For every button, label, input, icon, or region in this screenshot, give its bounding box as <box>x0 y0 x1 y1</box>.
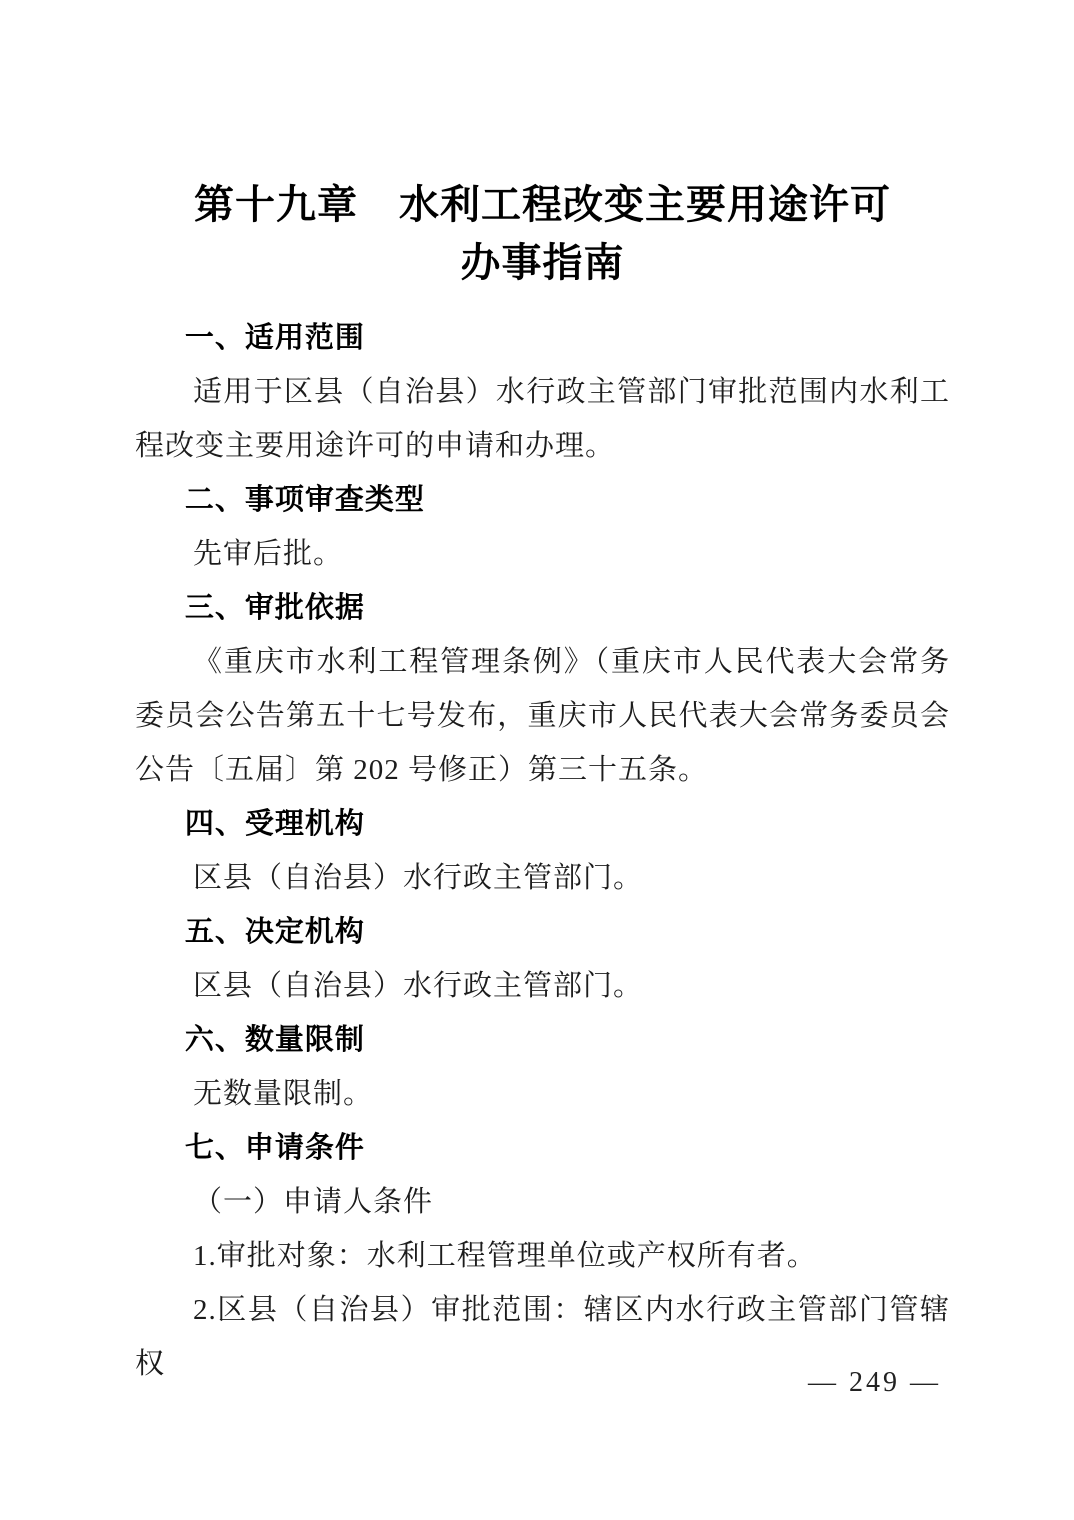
section-approval-basis: 三、审批依据 《重庆市水利工程管理条例》（重庆市人民代表大会常务委员会公告第五十… <box>135 581 950 797</box>
section-heading-7: 七、申请条件 <box>135 1121 950 1175</box>
paragraph: 无数量限制。 <box>135 1067 950 1121</box>
document-page: 第十九章 水利工程改变主要用途许可 办事指南 一、适用范围 适用于区县（自治县）… <box>0 0 1074 1520</box>
paragraph: 《重庆市水利工程管理条例》（重庆市人民代表大会常务委员会公告第五十七号发布，重庆… <box>135 635 950 797</box>
section-deciding-agency: 五、决定机构 区县（自治县）水行政主管部门。 <box>135 905 950 1013</box>
paragraph: 区县（自治县）水行政主管部门。 <box>135 851 950 905</box>
page-number: — 249 — <box>808 1366 941 1400</box>
sub-heading-applicant-conditions: （一）申请人条件 <box>135 1175 950 1229</box>
section-applicable-scope: 一、适用范围 适用于区县（自治县）水行政主管部门审批范围内水利工程改变主要用途许… <box>135 311 950 473</box>
section-heading-2: 二、事项审查类型 <box>135 473 950 527</box>
section-heading-6: 六、数量限制 <box>135 1013 950 1067</box>
section-application-conditions: 七、申请条件 （一）申请人条件 1.审批对象：水利工程管理单位或产权所有者。 2… <box>135 1121 950 1391</box>
list-item-1: 1.审批对象：水利工程管理单位或产权所有者。 <box>135 1229 950 1283</box>
section-quantity-limit: 六、数量限制 无数量限制。 <box>135 1013 950 1121</box>
section-heading-4: 四、受理机构 <box>135 797 950 851</box>
section-accepting-agency: 四、受理机构 区县（自治县）水行政主管部门。 <box>135 797 950 905</box>
chapter-title-line2: 办事指南 <box>135 234 950 292</box>
chapter-title-line1: 第十九章 水利工程改变主要用途许可 <box>135 176 950 234</box>
section-heading-3: 三、审批依据 <box>135 581 950 635</box>
paragraph: 适用于区县（自治县）水行政主管部门审批范围内水利工程改变主要用途许可的申请和办理… <box>135 365 950 473</box>
paragraph: 区县（自治县）水行政主管部门。 <box>135 959 950 1013</box>
section-heading-1: 一、适用范围 <box>135 311 950 365</box>
chapter-title: 第十九章 水利工程改变主要用途许可 办事指南 <box>135 176 950 292</box>
paragraph: 先审后批。 <box>135 527 950 581</box>
section-heading-5: 五、决定机构 <box>135 905 950 959</box>
section-review-type: 二、事项审查类型 先审后批。 <box>135 473 950 581</box>
